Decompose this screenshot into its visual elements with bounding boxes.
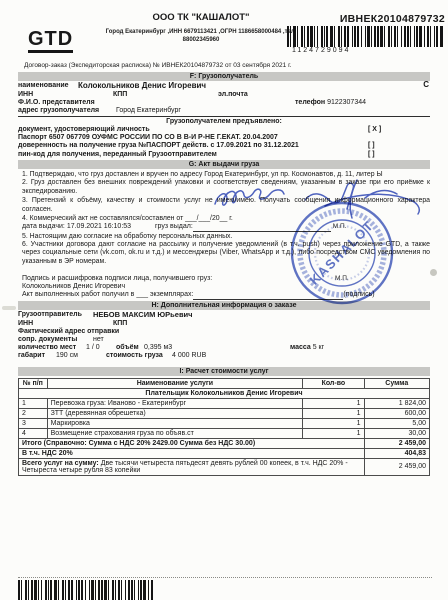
weight-value: 5 кг	[313, 344, 324, 351]
services-table: № п/п Наименование услуги Кол-во Сумма П…	[18, 378, 430, 476]
barcode-text: ИВНЕК20104879732	[287, 13, 445, 25]
row-name: Возмещение страхования груза по объяв.ст	[47, 428, 303, 438]
docs-label: сопр. документы	[18, 336, 93, 344]
shipper-inn-row: ИННКПП	[18, 320, 430, 328]
pin-checkbox: [ ]	[368, 151, 375, 159]
row-name: Маркировка	[47, 418, 303, 428]
row-sum: 30,00	[364, 428, 429, 438]
identity-doc-row: документ, удостоверяющий личность [ X ]	[18, 126, 430, 134]
company-stamp: KASHALOT	[276, 188, 408, 318]
payer-row: Плательщик Колокольников Денис Игоревич	[19, 388, 430, 398]
dimension-value: 190 см	[56, 352, 106, 360]
inn-label: ИНН	[18, 91, 113, 99]
row-sum: 5,00	[364, 418, 429, 428]
volume-label: объём	[116, 344, 144, 352]
shipper-name: НЕБОВ МАКСИМ ЮРьевич	[93, 310, 193, 319]
presented-title: Грузополучателем предъявлено:	[18, 117, 430, 126]
issue-date-value: 17.09.2021 16:10:53	[67, 223, 131, 230]
places-label: количество мест	[18, 344, 86, 352]
total-label: Итого (Справочно: Сумма с НДС 20% 2429.0…	[19, 438, 365, 448]
phone-label: телефон	[295, 99, 325, 106]
issue-date-label: дата выдачи:	[22, 223, 65, 230]
places-value: 1 / 0	[86, 344, 116, 352]
pin-label: пин-код для получения, переданный Грузоо…	[18, 151, 217, 158]
cargo-value: 4 000 RUB	[172, 352, 206, 359]
identity-doc-checkbox: [ X ]	[368, 126, 381, 134]
copies-label: Акт выполненных работ получил в ___ экзе…	[22, 291, 193, 298]
col-name: Наименование услуги	[47, 378, 303, 388]
grand-total-sum: 2 459,00	[364, 458, 429, 475]
row-sum: 600,00	[364, 408, 429, 418]
section-f-header: F: Грузополучатель	[18, 72, 430, 81]
document-page: GTD ООО ТК "КАШАЛОТ" Город Екатеринбург …	[0, 0, 448, 600]
email-label: эл.почта	[218, 91, 248, 98]
consignee-address-row: адрес грузополучателяГород Екатеринбург	[18, 107, 430, 115]
pin-row: пин-код для получения, переданный Грузоо…	[18, 151, 430, 159]
poa-row: доверенность на получение груза №ПАСПОРТ…	[18, 142, 430, 150]
places-row: количество мест1 / 0объём0,395 м3 масса …	[18, 344, 430, 352]
scan-artifact-smudge	[2, 306, 16, 310]
company-header: ООО ТК "КАШАЛОТ" Город Екатеринбург ,ИНН…	[96, 12, 306, 44]
shipper-label: Грузоотправитель	[18, 311, 93, 319]
vat-sum: 404,83	[364, 448, 429, 458]
section-g-header: G: Акт выдачи груза	[18, 160, 430, 169]
consignee-name-row: наименованиеКолокольников Денис Игоревич	[18, 82, 430, 91]
docs-row: сопр. документынет	[18, 336, 430, 344]
signature-caption: Подпись и расшифровка подписи лица, полу…	[22, 275, 212, 282]
shipper-inn-label: ИНН	[18, 320, 113, 328]
row-qty: 1	[303, 418, 364, 428]
company-details-line2: 88002345960	[96, 37, 306, 45]
receiver-name: Колокольников Денис Игоревич	[22, 283, 125, 290]
grand-total-label: Всего услуг на сумму: Две тысячи четырес…	[19, 458, 365, 475]
service-row: 4 Возмещение страхования груза по объяв.…	[19, 428, 430, 438]
contract-line: Договор-заказ (Экспедиторская расписка) …	[18, 62, 430, 69]
service-row: 2 ЗТТ (деревянная обрешетка) 1 600,00	[19, 408, 430, 418]
volume-value: 0,395 м3	[144, 344, 172, 351]
poa-checkbox: [ ]	[368, 142, 375, 150]
company-name: ООО ТК "КАШАЛОТ"	[96, 12, 306, 23]
shipper-kpp-label: КПП	[113, 320, 127, 327]
row-num: 1	[19, 398, 48, 408]
payer-line: Плательщик Колокольников Денис Игоревич	[19, 388, 430, 398]
section-i-header: I: Расчет стоимости услуг	[18, 367, 430, 376]
barcode-number: 1124729094	[292, 47, 445, 54]
row-num: 2	[19, 408, 48, 418]
dimension-row: габарит190 смстоимость груза4 000 RUB	[18, 352, 430, 360]
scan-artifact-dot	[430, 269, 437, 276]
tear-off-dotted-line	[18, 577, 432, 578]
ship-address-row: Фактический адрес отправки	[18, 328, 430, 336]
total-row: Итого (Справочно: Сумма с НДС 20% 2429.0…	[19, 438, 430, 448]
row-qty: 1	[303, 408, 364, 418]
row-qty: 1	[303, 398, 364, 408]
row-name: ЗТТ (деревянная обрешетка)	[47, 408, 303, 418]
issued-by-label: груз выдал:	[155, 223, 193, 230]
col-sum: Сумма	[364, 378, 429, 388]
top-barcode-block: ИВНЕК20104879732 1124729094	[287, 13, 445, 54]
barcode-image	[287, 26, 444, 47]
row-num: 3	[19, 418, 48, 428]
col-qty: Кол-во	[303, 378, 364, 388]
poa-label: доверенность на получение груза №ПАСПОРТ…	[18, 142, 299, 149]
phone-value: 9122307344	[327, 99, 366, 106]
bottom-barcode	[18, 580, 160, 600]
consignee-inn-row: ИННКППэл.почта	[18, 91, 430, 99]
vat-row: В т.ч. НДС 20% 404,83	[19, 448, 430, 458]
identity-doc-label: документ, удостоверяющий личность	[18, 126, 150, 133]
dimension-label: габарит	[18, 352, 56, 360]
company-details-line1: Город Екатеринбург ,ИНН 6679113421 ,ОГРН…	[96, 29, 306, 37]
total-sum: 2 459,00	[364, 438, 429, 448]
consignee-name: Колокольников Денис Игоревич	[78, 81, 206, 90]
row-num: 4	[19, 428, 48, 438]
services-header-row: № п/п Наименование услуги Кол-во Сумма	[19, 378, 430, 388]
name-label: наименование	[18, 82, 78, 90]
weight-label: масса	[290, 344, 311, 351]
docs-value: нет	[93, 336, 104, 343]
grand-total-row: Всего услуг на сумму: Две тысячи четырес…	[19, 458, 430, 475]
vat-label: В т.ч. НДС 20%	[19, 448, 365, 458]
service-row: 3 Маркировка 1 5,00	[19, 418, 430, 428]
row-qty: 1	[303, 428, 364, 438]
consignee-rep-row: Ф.И.О. представителя телефон 9122307344	[18, 99, 430, 107]
col-num: № п/п	[19, 378, 48, 388]
row-name: Перевозка груза: Иваново - Екатеринбург	[47, 398, 303, 408]
rep-label: Ф.И.О. представителя	[18, 99, 291, 107]
service-row: 1 Перевозка груза: Иваново - Екатеринбур…	[19, 398, 430, 408]
gtd-logo: GTD	[28, 29, 73, 53]
cargo-value-label: стоимость груза	[106, 352, 172, 360]
stamp-center-text: KASHALOT	[307, 218, 377, 288]
row-sum: 1 824,00	[364, 398, 429, 408]
address-label: адрес грузополучателя	[18, 107, 116, 115]
address-value: Город Екатеринбург	[116, 107, 181, 114]
kpp-label: КПП	[113, 91, 218, 99]
